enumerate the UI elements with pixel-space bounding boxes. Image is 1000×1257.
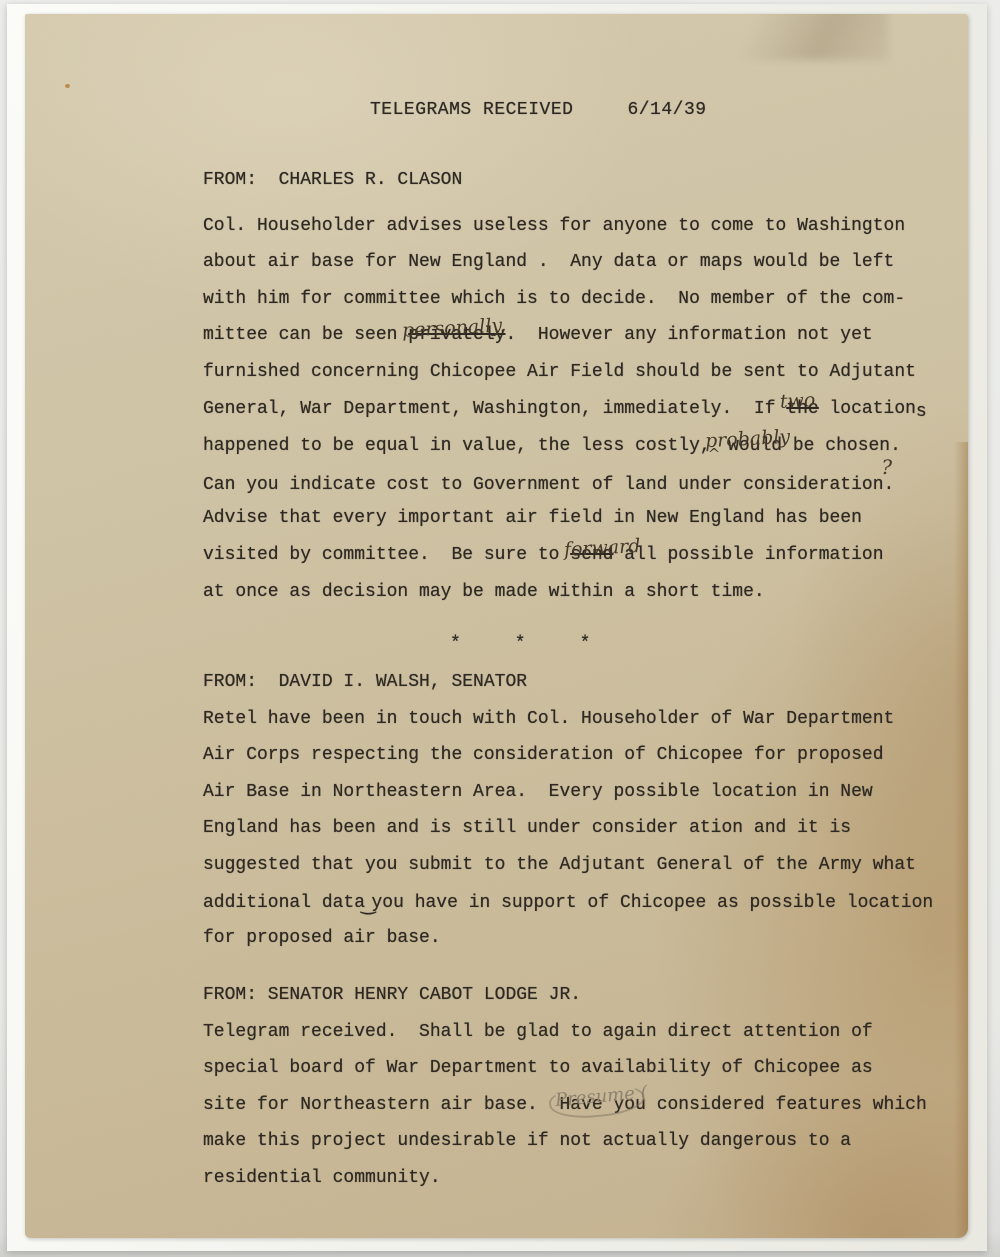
paper-edge-stain [954,442,968,1238]
typed-text: Air Corps respecting the consideration o… [203,745,884,765]
typed-line: residential community. [203,1160,950,1197]
corrected-text: twothe [786,391,818,428]
typed-text: at once as decision may be made within a… [203,582,765,602]
typed-text: for proposed air base. [203,928,441,948]
typed-text: residential community. [203,1168,441,1188]
handwritten-insertion: probably^ [711,427,718,465]
handwritten-correction: forward [564,537,641,560]
typed-text: you considered features which [603,1095,927,1115]
typed-line: for proposed air base. [203,920,950,957]
typed-line: about air base for New England . Any dat… [203,244,950,281]
typed-line: additional data‿you have in support of C… [203,884,950,921]
typed-line: Can you indicate cost to Government of l… [203,464,950,501]
annotated-word: Presume (Have [559,1087,602,1124]
typed-text: Retel have been in touch with Col. House… [203,709,894,729]
telegram-section-walsh: FROM: DAVID I. WALSH, SENATORRetel have … [203,664,950,957]
typed-text: furnished concerning Chicopee Air Field … [203,362,916,382]
typed-text: Advise that every important air field in… [203,508,862,528]
typed-line: happened to be equal in value, the less … [203,427,950,464]
typed-line: with him for committee which is to decid… [203,281,950,318]
typed-line: suggested that you submit to the Adjutan… [203,847,950,884]
typed-line: Retel have been in touch with Col. House… [203,701,950,738]
typed-text: additional data [203,893,365,913]
typed-line: Air Base in Northeastern Area. Every pos… [203,774,950,811]
typed-text: with him for committee which is to decid… [203,289,905,309]
page-title: TELEGRAMS RECEIVED [370,100,573,120]
typed-line: England has been and is still under cons… [203,810,950,847]
typed-text: suggested that you submit to the Adjutan… [203,855,916,875]
asterisk-separator: * * * [450,626,590,663]
handwritten-correction: personally. [402,316,507,340]
typed-line: site for Northeastern air base. Presume … [203,1087,950,1124]
telegram-paper: TELEGRAMS RECEIVED 6/14/39 * * * FROM: C… [25,14,968,1238]
typed-line: Air Corps respecting the consideration o… [203,737,950,774]
typed-line: make this project undesirable if not act… [203,1123,950,1160]
typed-text: Can you indicate cost to Government of l… [203,475,894,495]
typed-text: General, War Department, Washington, imm… [203,399,786,419]
typed-text: all possible information [613,545,883,565]
typed-line: Col. Householder advises useless for any… [203,208,950,245]
typed-text: site for Northeastern air base. [203,1095,559,1115]
scanned-telegram-page: { "document": { "title": "TELEGRAMS RECE… [0,0,1000,1257]
handwritten-correction: two [780,391,816,412]
typed-line: Telegram received. Shall be glad to agai… [203,1014,950,1051]
telegram-section-lodge: FROM: SENATOR HENRY CABOT LODGE JR.Teleg… [203,977,950,1197]
typed-text: you have in support of Chicopee as possi… [372,893,934,913]
typed-text: . However any information not yet [505,325,872,345]
from-header-lodge: FROM: SENATOR HENRY CABOT LODGE JR. [203,977,950,1014]
document-date: 6/14/39 [627,100,706,120]
handwritten-connector: ‿ [361,887,375,924]
corrected-text: forwardsend [570,537,613,574]
paper-crease-shadow [648,14,888,60]
typed-text: England has been and is still under cons… [203,818,851,838]
typed-text: make this project undesirable if not act… [203,1131,851,1151]
paper-speck [65,84,70,88]
from-header-clason: FROM: CHARLES R. CLASON [203,162,950,199]
typed-line: visited by committee. Be sure to forward… [203,537,950,574]
telegram-section-clason: FROM: CHARLES R. CLASONCol. Householder … [203,162,950,610]
typed-line: Advise that every important air field in… [203,500,950,537]
typed-text: location [819,399,916,419]
typed-line: special board of War Department to avail… [203,1050,950,1087]
document-header: TELEGRAMS RECEIVED 6/14/39 [370,100,707,120]
typed-text: s [916,394,927,431]
typed-line: General, War Department, Washington, imm… [203,391,950,428]
typed-line: mittee can be seen personally.privately.… [203,317,950,354]
corrected-text: personally.privately [408,317,505,354]
from-header-walsh: FROM: DAVID I. WALSH, SENATOR [203,664,950,701]
typed-text: special board of War Department to avail… [203,1058,873,1078]
typed-line: furnished concerning Chicopee Air Field … [203,354,950,391]
insertion-caret: ^ [708,436,721,473]
typed-text: Air Base in Northeastern Area. Every pos… [203,782,873,802]
typed-text: about air base for New England . Any dat… [203,252,894,272]
typed-text: Col. Householder advises useless for any… [203,216,905,236]
typed-text: mittee can be seen [203,325,408,345]
typed-text: Telegram received. Shall be glad to agai… [203,1022,873,1042]
typed-line: at once as decision may be made within a… [203,574,950,611]
typed-text: visited by committee. Be sure to [203,545,570,565]
typed-text: happened to be equal in value, the less … [203,436,711,456]
